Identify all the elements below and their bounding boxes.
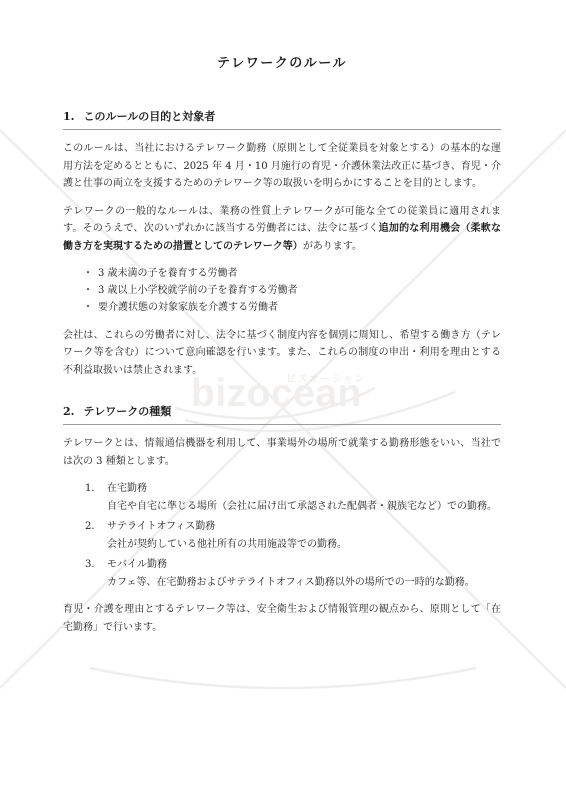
list-item-description: 会社が契約している他社所有の共用施設等での勤務。	[107, 536, 501, 554]
list-item-heading: 1.在宅勤務	[85, 480, 501, 498]
text-line: このルールは、当社におけるテレワーク勤務（原則として全従業員を対象とする）の基本…	[63, 140, 501, 158]
list-item: ・要介護状態の対象家族を介護する労働者	[83, 299, 501, 316]
list-item: ・3 歳未満の子を養育する労働者	[83, 265, 501, 282]
text-line: 育児・介護を理由とするテレワーク等は、安全衛生および情報管理の観点から、原則とし…	[63, 601, 501, 619]
document-content: テレワークのルール 1.このルールの目的と対象者このルールは、当社におけるテレワ…	[0, 0, 566, 636]
list-item-number: 1.	[85, 480, 107, 498]
bullet-marker: ・	[83, 299, 98, 316]
paragraph: 会社は、これらの労働者に対し、法令に基づく制度内容を個別に周知し、希望する働き方…	[63, 327, 501, 380]
list-item-title: 在宅勤務	[107, 480, 147, 498]
text-line: 不利益取扱いは禁止されます。	[63, 362, 501, 380]
list-item-title: モバイル勤務	[107, 556, 167, 574]
sections-container: 1.このルールの目的と対象者このルールは、当社におけるテレワーク勤務（原則として…	[63, 110, 501, 636]
list-item: ・3 歳以上小学校就学前の子を養育する労働者	[83, 282, 501, 299]
bullet-marker: ・	[83, 265, 98, 282]
text-line: 会社は、これらの労働者に対し、法令に基づく制度内容を個別に周知し、希望する働き方…	[63, 327, 501, 345]
body-text: があります。	[303, 241, 362, 252]
body-text: 宅勤務」で行います。	[63, 622, 162, 633]
text-line: す。そのうえで、次のいずれかに該当する労働者には、法令に基づく追加的な利用機会（…	[63, 220, 501, 238]
list-item-description: 自宅や自宅に準じる場所（会社に届け出て承認された配偶者・親族宅など）での勤務。	[107, 498, 501, 516]
paragraph: 育児・介護を理由とするテレワーク等は、安全衛生および情報管理の観点から、原則とし…	[63, 601, 501, 636]
list-item: 3.モバイル勤務カフェ等、在宅勤務およびサテライトオフィス勤務以外の場所での一時…	[63, 556, 501, 591]
list-item-number: 3.	[85, 556, 107, 574]
text-line: 護と仕事の両立を支援するためのテレワーク等の取扱いを明らかにすることを目的としま…	[63, 175, 501, 193]
section-heading: 2.テレワークの種類	[63, 405, 501, 425]
text-line: テレワークの一般的なルールは、業務の性質上テレワークが可能な全ての従業員に適用さ…	[63, 203, 501, 221]
list-item-heading: 3.モバイル勤務	[85, 556, 501, 574]
document-page: ビズオーシャン bizocean テレワークのルール 1.このルールの目的と対象…	[0, 0, 566, 800]
text-line: 用方法を定めるとともに、2025 年 4 月・10 月施行の育児・介護休業法改正…	[63, 158, 501, 176]
body-text: テレワークの一般的なルールは、業務の性質上テレワークが可能な全ての従業員に適用さ…	[63, 206, 501, 217]
watermark-wave	[90, 668, 476, 688]
body-text: 不利益取扱いは禁止されます。	[63, 365, 202, 376]
bullet-list: ・3 歳未満の子を養育する労働者・3 歳以上小学校就学前の子を養育する労働者・要…	[63, 265, 501, 317]
text-line: は次の 3 種類とします。	[63, 453, 501, 471]
body-text: 用方法を定めるとともに、2025 年 4 月・10 月施行の育児・介護休業法改正…	[63, 161, 501, 172]
section-number: 1.	[63, 110, 74, 123]
list-item: 2.サテライトオフィス勤務会社が契約している他社所有の共用施設等での勤務。	[63, 518, 501, 553]
list-item-text: 3 歳未満の子を養育する労働者	[98, 265, 238, 282]
body-text: は次の 3 種類とします。	[63, 456, 175, 467]
section-number: 2.	[63, 405, 74, 418]
body-text: 会社は、これらの労働者に対し、法令に基づく制度内容を個別に周知し、希望する働き方…	[63, 330, 501, 341]
list-item-number: 2.	[85, 518, 107, 536]
body-text: テレワークとは、情報通信機器を利用して、事業場外の場所で就業する勤務形態をいい、…	[63, 438, 501, 449]
bold-text: 追加的な利用機会（柔軟な	[379, 223, 501, 234]
list-item-heading: 2.サテライトオフィス勤務	[85, 518, 501, 536]
section-heading: 1.このルールの目的と対象者	[63, 110, 501, 130]
body-text: このルールは、当社におけるテレワーク勤務（原則として全従業員を対象とする）の基本…	[63, 143, 501, 154]
list-item-description: カフェ等、在宅勤務およびサテライトオフィス勤務以外の場所での一時的な勤務。	[107, 574, 501, 592]
body-text: ワーク等を含む）について意向確認を行います。また、これらの制度の申出・利用を理由…	[63, 347, 501, 358]
body-text: す。そのうえで、次のいずれかに該当する労働者には、法令に基づく	[63, 223, 379, 234]
text-line: 宅勤務」で行います。	[63, 619, 501, 637]
paragraph: テレワークの一般的なルールは、業務の性質上テレワークが可能な全ての従業員に適用さ…	[63, 203, 501, 256]
bold-text: 働き方を実現するための措置としてのテレワーク等）	[63, 241, 303, 252]
section: 2.テレワークの種類テレワークとは、情報通信機器を利用して、事業場外の場所で就業…	[63, 405, 501, 636]
paragraph: テレワークとは、情報通信機器を利用して、事業場外の場所で就業する勤務形態をいい、…	[63, 435, 501, 470]
text-line: テレワークとは、情報通信機器を利用して、事業場外の場所で就業する勤務形態をいい、…	[63, 435, 501, 453]
list-item-title: サテライトオフィス勤務	[107, 518, 215, 536]
paragraph: このルールは、当社におけるテレワーク勤務（原則として全従業員を対象とする）の基本…	[63, 140, 501, 193]
body-text: 育児・介護を理由とするテレワーク等は、安全衛生および情報管理の観点から、原則とし…	[63, 604, 501, 615]
section-heading-text: テレワークの種類	[83, 405, 171, 418]
section-heading-text: このルールの目的と対象者	[83, 110, 215, 123]
bullet-marker: ・	[83, 282, 98, 299]
text-line: ワーク等を含む）について意向確認を行います。また、これらの制度の申出・利用を理由…	[63, 344, 501, 362]
list-item-text: 3 歳以上小学校就学前の子を養育する労働者	[98, 282, 298, 299]
text-line: 働き方を実現するための措置としてのテレワーク等）があります。	[63, 238, 501, 256]
numbered-list: 1.在宅勤務自宅や自宅に準じる場所（会社に届け出て承認された配偶者・親族宅など）…	[63, 480, 501, 591]
body-text: 護と仕事の両立を支援するためのテレワーク等の取扱いを明らかにすることを目的としま…	[63, 178, 482, 189]
section: 1.このルールの目的と対象者このルールは、当社におけるテレワーク勤務（原則として…	[63, 110, 501, 379]
list-item: 1.在宅勤務自宅や自宅に準じる場所（会社に届け出て承認された配偶者・親族宅など）…	[63, 480, 501, 515]
page-title: テレワークのルール	[63, 56, 501, 72]
list-item-text: 要介護状態の対象家族を介護する労働者	[98, 299, 278, 316]
